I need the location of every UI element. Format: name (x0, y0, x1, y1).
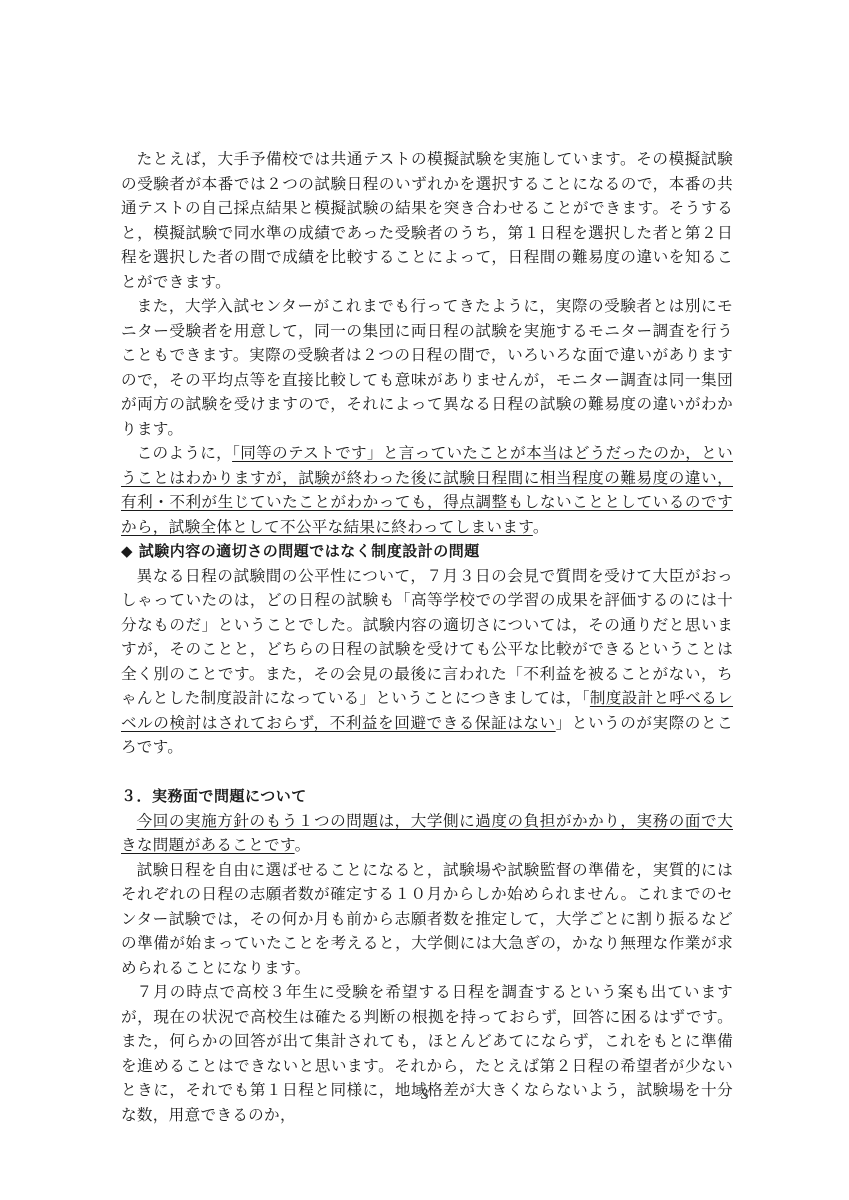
paragraph-minister-statement: 異なる日程の試験間の公平性について，７月３日の会見で質問を受けて大臣がおっしゃっ… (121, 564, 733, 760)
paragraph-monitor-survey: また，大学入試センターがこれまでも行ってきたように，実際の受験者とは別にモニター… (121, 294, 733, 441)
diamond-bullet-icon: ◆ (121, 542, 133, 560)
paragraph-mock-exam: たとえば，大手予備校では共通テストの模擬試験を実施しています。その模擬試験の受験… (121, 147, 733, 294)
document-page: たとえば，大手予備校では共通テストの模擬試験を実施しています。その模擬試験の受験… (0, 0, 849, 1200)
paragraph-burden: 今回の実施方針のもう１つの問題は，大学側に過度の負担がかかり，実務の面で大きな問… (121, 809, 733, 858)
page-number: 3 (0, 1087, 849, 1103)
paragraph-text: 異なる日程の試験間の公平性について，７月３日の会見で質問を受けて大臣がおっしゃっ… (121, 567, 733, 708)
section-heading: ３．実務面で問題について (121, 784, 733, 809)
paragraph-text: また，大学入試センターがこれまでも行ってきたように，実際の受験者とは別にモニター… (121, 297, 733, 438)
subheading-text: 試験内容の適切さの問題ではなく制度設計の問題 (139, 542, 480, 560)
spacer (121, 760, 733, 785)
paragraph-preparation: 試験日程を自由に選ばせることになると，試験場や試験監督の準備を，実質的にはそれぞ… (121, 858, 733, 981)
paragraph-text: 試験日程を自由に選ばせることになると，試験場や試験監督の準備を，実質的にはそれぞ… (121, 861, 733, 977)
body-text: たとえば，大手予備校では共通テストの模擬試験を実施しています。その模擬試験の受験… (121, 147, 733, 1127)
paragraph-text: 。 (295, 836, 311, 854)
paragraph-survey-plan: ７月の時点で高校３年生に受験を希望する日程を調査するという案も出ていますが，現在… (121, 980, 733, 1127)
underlined-emphasis: 今回の実施方針のもう１つの問題は，大学側に過度の負担がかかり，実務の面で大きな問… (121, 812, 733, 855)
subheading: ◆ 試験内容の適切さの問題ではなく制度設計の問題 (121, 539, 733, 564)
paragraph-text: 。 (533, 518, 549, 536)
paragraph-text: このように， (137, 444, 233, 462)
paragraph-text: たとえば，大手予備校では共通テストの模擬試験を実施しています。その模擬試験の受験… (121, 150, 733, 291)
paragraph-conclusion: このように，「同等のテストです」と言っていたことが本当はどうだったのか，というこ… (121, 441, 733, 539)
